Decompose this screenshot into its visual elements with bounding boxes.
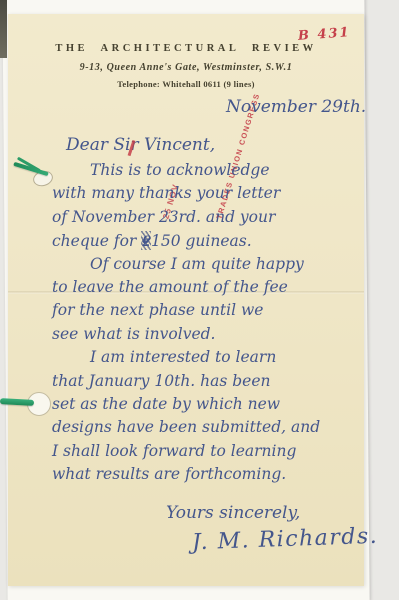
letter-line: I shall look forward to learning: [52, 442, 367, 465]
letter-line: what results are forthcoming.: [52, 465, 367, 488]
letter-line: set as the date by which new: [52, 395, 367, 418]
letter-paper: THE ARCHITECTURAL REVIEW 9-13, Queen Ann…: [8, 14, 364, 586]
letter-line: that January 10th. has been: [52, 372, 367, 395]
line-prefix: cheque for: [52, 232, 141, 250]
letterhead-address: 9-13, Queen Anne's Gate, Westminster, S.…: [8, 62, 364, 73]
photo-corner-dark: [0, 0, 7, 58]
letter-line: designs have been submitted, and: [52, 418, 367, 441]
letter-line: of November 23rd. and your: [52, 208, 367, 231]
letter-line: to leave the amount of the fee: [52, 278, 367, 301]
closing: Yours sincerely,: [166, 503, 300, 523]
letter-line: with many thanks your letter: [52, 184, 367, 207]
letter-line: This is to acknowledge: [52, 161, 367, 184]
signature: J. M. Richards.: [192, 524, 379, 555]
letter-line: for the next phase until we: [52, 301, 367, 324]
letter-body: This is to acknowledge with many thanks …: [52, 161, 367, 488]
date-line: November 29th.: [226, 97, 366, 117]
line-suffix: 150 guineas.: [151, 232, 252, 250]
letter-line: cheque for ₤150 guineas.: [52, 231, 367, 254]
letterhead-title: THE ARCHITECTURAL REVIEW: [8, 43, 364, 54]
salutation: Dear Sir Vincent,: [66, 135, 215, 155]
letter-line: I am interested to learn: [52, 348, 367, 371]
letterhead-telephone: Telephone: Whitehall 0611 (9 lines): [8, 79, 364, 89]
letter-line: Of course I am quite happy: [52, 255, 367, 278]
page-background: THE ARCHITECTURAL REVIEW 9-13, Queen Ann…: [0, 0, 399, 600]
letter-line: see what is involved.: [52, 325, 367, 348]
crossed-out-currency: ₤: [141, 231, 151, 250]
folio-annotation: B 431: [298, 25, 352, 44]
